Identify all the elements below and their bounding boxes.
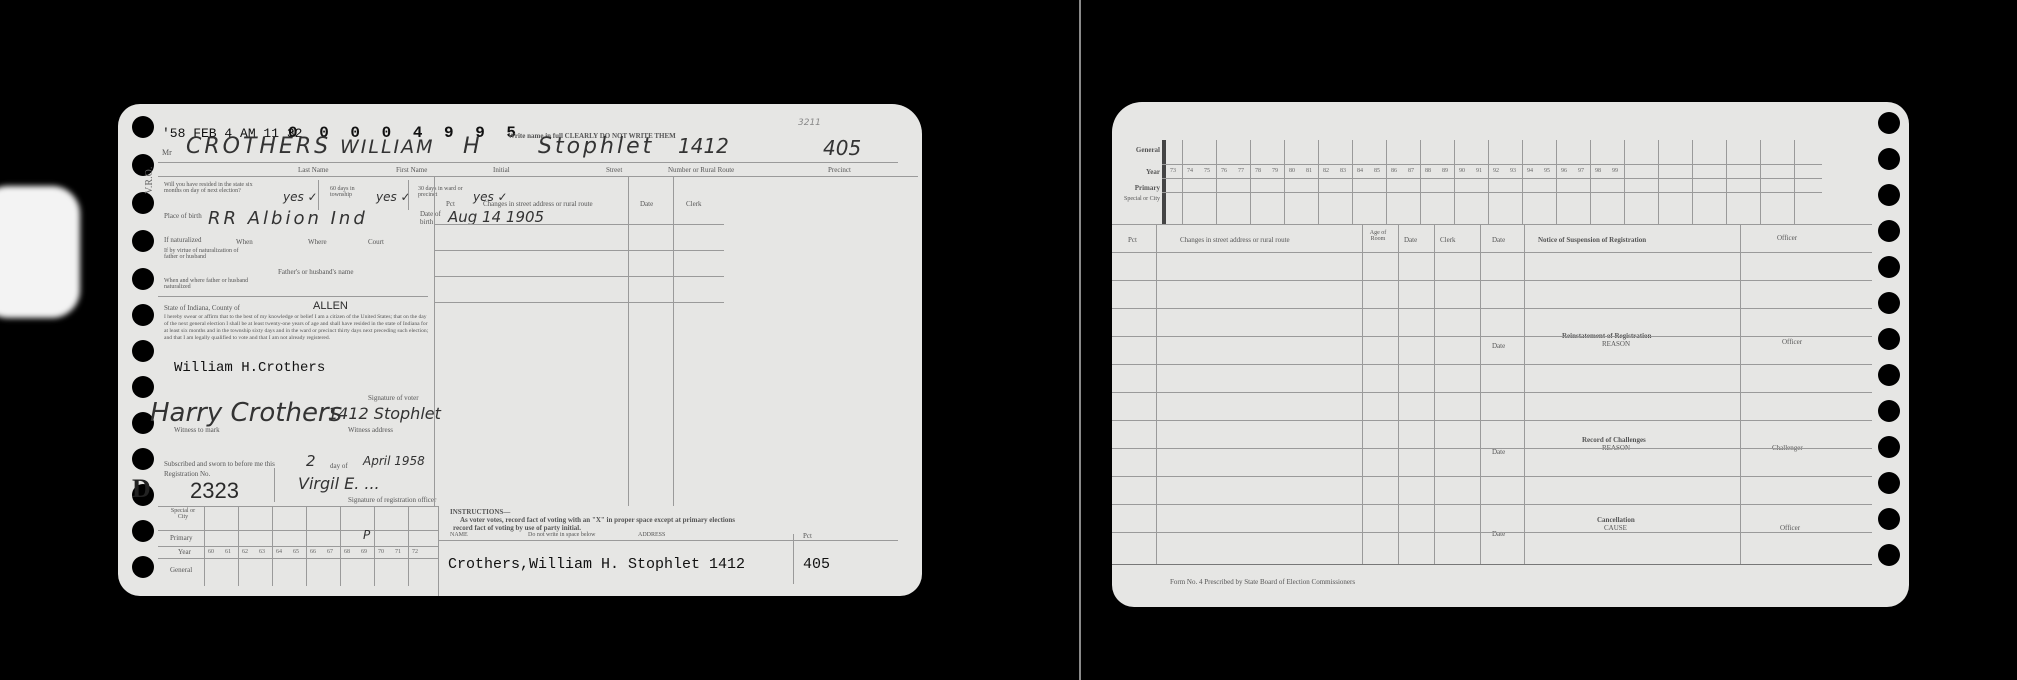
instructions-text-2: record fact of voting by use of party in… [453, 524, 581, 532]
label-father-naturalization: If by virtue of naturalization of father… [164, 248, 249, 260]
officer-signature: Virgil E. ... [298, 474, 380, 493]
punch-hole [1878, 544, 1900, 566]
blurred-film-artifact [0, 186, 80, 318]
label-where: Where [308, 238, 327, 246]
rule [1398, 224, 1399, 564]
rule [1112, 252, 1872, 253]
punch-hole [1878, 364, 1900, 386]
rule [434, 302, 724, 303]
rule [340, 506, 341, 586]
sworn-month-year: April 1958 [363, 454, 425, 468]
year-cell: 86 [1391, 168, 1397, 174]
rule [158, 558, 438, 559]
rule [1760, 140, 1761, 224]
rule [1112, 504, 1872, 505]
punch-hole [132, 268, 154, 290]
rule [434, 224, 724, 225]
label-number: Number or Rural Route [668, 166, 734, 174]
rule [1480, 224, 1481, 564]
col-no-write: Do not write in space below [528, 532, 595, 538]
initial-value: H [463, 134, 480, 159]
rule [434, 176, 435, 506]
punch-hole [132, 520, 154, 542]
primary-party-mark: P [363, 528, 370, 542]
punch-hole [1878, 328, 1900, 350]
label-voter-signature: Signature of voter [368, 394, 419, 402]
rule [1162, 164, 1822, 165]
year-cell: 70 [378, 549, 384, 555]
year-cell: 81 [1306, 168, 1312, 174]
title-prefix: Mr [162, 148, 172, 157]
suspension-date-label: Date [1492, 236, 1505, 244]
punch-hole [1878, 292, 1900, 314]
rule [158, 506, 438, 507]
year-cell: 75 [1204, 168, 1210, 174]
label-subscribed: Subscribed and sworn to before me this [164, 460, 275, 468]
rule [1522, 140, 1523, 224]
rule [1112, 336, 1872, 337]
rule [1386, 140, 1387, 224]
cancellation-officer-label: Officer [1780, 524, 1800, 532]
year-cell: 76 [1221, 168, 1227, 174]
rule [238, 506, 239, 586]
rule [408, 506, 409, 586]
year-cell: 98 [1595, 168, 1601, 174]
label-witness-mark: Witness to mark [174, 426, 220, 434]
year-cell: 88 [1425, 168, 1431, 174]
label-when: When [236, 238, 253, 246]
punch-hole [1878, 436, 1900, 458]
label-last-name: Last Name [298, 166, 329, 174]
rule [1112, 420, 1872, 421]
label-resided-township: 60 days in township [330, 186, 375, 198]
label-resided-state: Will you have resided in the state six m… [164, 182, 264, 194]
rule [1624, 140, 1625, 224]
rule [1434, 224, 1435, 564]
rule [1112, 564, 1872, 565]
label-court: Court [368, 238, 384, 246]
form-footer: Form No. 4 Prescribed by State Board of … [1170, 578, 1355, 586]
year-cell: 91 [1476, 168, 1482, 174]
year-cell: 97 [1578, 168, 1584, 174]
rule [1556, 140, 1557, 224]
year-cell: 71 [395, 549, 401, 555]
punch-hole [132, 376, 154, 398]
year-cell: 61 [225, 549, 231, 555]
label-registration-no: Registration No. [164, 470, 210, 478]
label-state-county: State of Indiana, County of [164, 304, 240, 312]
rule [1726, 140, 1727, 224]
rule [628, 176, 629, 506]
rule [158, 162, 898, 163]
punch-hole [1878, 148, 1900, 170]
row-label-year: Year [178, 548, 191, 556]
punch-hole [1878, 112, 1900, 134]
cancellation-title: Cancellation [1597, 516, 1635, 524]
challenges-date-label: Date [1492, 448, 1505, 456]
changes-col-pct: Pct [1128, 236, 1137, 244]
row-label-general: General [170, 566, 192, 574]
year-cell: 73 [1170, 168, 1176, 174]
year-cell: 99 [1612, 168, 1618, 174]
rule [1112, 308, 1872, 309]
precinct-value: 405 [823, 136, 861, 160]
year-cell: 83 [1340, 168, 1346, 174]
punch-hole [132, 192, 154, 214]
changes-col-address: Changes in street address or rural route [483, 200, 593, 208]
year-cell: 85 [1374, 168, 1380, 174]
rule [272, 506, 273, 586]
typed-voter-name: William H.Crothers [174, 360, 325, 376]
rule [408, 180, 409, 210]
rule [1420, 140, 1421, 224]
year-cell: 90 [1459, 168, 1465, 174]
oath-text: I hereby swear or affirm that to the bes… [164, 314, 432, 342]
year-cell: 79 [1272, 168, 1278, 174]
rule [1182, 140, 1183, 224]
rule [158, 530, 438, 531]
year-cell: 89 [1442, 168, 1448, 174]
changes-col-age: Age of Room [1366, 230, 1390, 242]
rule [1352, 140, 1353, 224]
label-resided-precinct: 30 days in ward or precinct [418, 186, 473, 198]
year-cell: 64 [276, 549, 282, 555]
birth-place-value: RR Albion Ind [208, 208, 368, 229]
witness-address-value: 1412 Stophlet [328, 404, 441, 423]
label-father-name: Father's or husband's name [278, 268, 353, 276]
vro-stamp: V.R.O. [144, 167, 155, 194]
year-cell: 84 [1357, 168, 1363, 174]
year-cell: 66 [310, 549, 316, 555]
year-cell: 82 [1323, 168, 1329, 174]
reinstatement-officer-label: Officer [1782, 338, 1802, 346]
year-cell: 62 [242, 549, 248, 555]
year-cell: 77 [1238, 168, 1244, 174]
rule [434, 250, 724, 251]
row-label-primary: Primary [170, 534, 193, 542]
col-address: ADDRESS [638, 532, 665, 538]
grid-label-primary: Primary [1120, 184, 1160, 192]
col-pct: Pct [803, 532, 812, 540]
challenges-title: Record of Challenges [1582, 436, 1646, 444]
punch-hole [132, 304, 154, 326]
rule [1216, 140, 1217, 224]
last-name-value: CROTHERS [186, 134, 331, 159]
registration-card-front: '58 FEB 4 AM 11 32 0 0 0 0 4 9 9 5 Write… [118, 104, 922, 596]
year-cell: 67 [327, 549, 333, 555]
rule [1112, 476, 1872, 477]
rule [793, 534, 794, 584]
rule [318, 180, 319, 210]
year-cell: 92 [1493, 168, 1499, 174]
instructions-text-1: As voter votes, record fact of voting wi… [460, 516, 735, 524]
label-officer-signature: Signature of registration officer [348, 496, 436, 504]
rule [1162, 178, 1822, 179]
row-label-special: Special or City [168, 508, 198, 520]
rule [158, 296, 428, 297]
registration-number: 2323 [190, 478, 239, 504]
county-value: ALLEN [313, 300, 348, 312]
year-cell: 78 [1255, 168, 1261, 174]
label-day-of: day of [330, 462, 348, 470]
suspension-title: Notice of Suspension of Registration [1538, 236, 1646, 244]
rule [438, 506, 439, 596]
house-number-value: 1412 [678, 134, 729, 158]
year-cell: 95 [1544, 168, 1550, 174]
cancellation-cause: CAUSE [1604, 524, 1627, 532]
year-cell: 96 [1561, 168, 1567, 174]
rule [1162, 192, 1822, 193]
year-cell: 94 [1527, 168, 1533, 174]
rule [1692, 140, 1693, 224]
changes-col-address: Changes in street address or rural route [1180, 236, 1290, 244]
year-cell: 65 [293, 549, 299, 555]
label-witness-address: Witness address [348, 426, 393, 434]
registration-card-back: General Year Primary Special or City 73 … [1112, 102, 1909, 607]
changes-col-date: Date [640, 200, 653, 208]
label-precinct: Precinct [828, 166, 851, 174]
label-naturalized: If naturalized [164, 236, 202, 244]
frame-divider [1079, 0, 1081, 680]
punch-hole [1878, 220, 1900, 242]
label-birth-place: Place of birth [164, 212, 204, 220]
rule [1740, 224, 1741, 564]
punch-hole [132, 340, 154, 362]
rule [274, 468, 275, 502]
year-cell: 68 [344, 549, 350, 555]
resided-township-answer: yes ✓ [376, 190, 411, 204]
rule [438, 540, 898, 541]
rule [1112, 532, 1872, 533]
rule [434, 276, 724, 277]
grid-label-general: General [1120, 146, 1160, 154]
reinstatement-date-label: Date [1492, 342, 1505, 350]
rule [158, 546, 438, 547]
changes-col-clerk: Clerk [686, 200, 702, 208]
punch-hole [1878, 400, 1900, 422]
resided-state-answer: yes ✓ [283, 190, 318, 204]
rule [1284, 140, 1285, 224]
punch-hole [1878, 256, 1900, 278]
suspension-officer-label: Officer [1777, 234, 1797, 242]
rule [1658, 140, 1659, 224]
punch-hole [132, 230, 154, 252]
rule [1112, 392, 1872, 393]
rule [1362, 224, 1363, 564]
punch-hole [1878, 508, 1900, 530]
rule [1156, 224, 1157, 564]
instructions-title: INSTRUCTIONS— [450, 508, 510, 516]
corner-note: 3211 [798, 118, 821, 128]
punch-hole [132, 448, 154, 470]
year-cell: 60 [208, 549, 214, 555]
rule [1590, 140, 1591, 224]
rule [374, 506, 375, 586]
year-cell: 80 [1289, 168, 1295, 174]
street-value: Stophlet [538, 134, 654, 159]
label-when-where-naturalized: When and where father or husband natural… [164, 278, 249, 290]
punch-hole [132, 556, 154, 578]
year-cell: 93 [1510, 168, 1516, 174]
rule [1454, 140, 1455, 224]
punch-hole [1878, 184, 1900, 206]
year-cell: 72 [412, 549, 418, 555]
punch-hole [1878, 472, 1900, 494]
rule [1112, 224, 1872, 225]
rule [1112, 364, 1872, 365]
district-letter: D [132, 474, 151, 504]
index-precinct: 405 [803, 556, 830, 573]
rule [1250, 140, 1251, 224]
col-name: NAME [450, 532, 468, 538]
label-first-name: First Name [396, 166, 427, 174]
changes-col-pct: Pct [446, 200, 455, 208]
rule [204, 506, 205, 586]
grid-label-special: Special or City [1120, 196, 1160, 202]
label-initial: Initial [493, 166, 510, 174]
rule [1794, 140, 1795, 224]
first-name-value: WILLIAM [340, 136, 435, 158]
grid-bold-rule [1162, 140, 1166, 224]
witness-signature: Harry Crothers [150, 398, 342, 428]
changes-col-clerk: Clerk [1440, 236, 1456, 244]
rule [158, 176, 918, 177]
year-cell: 74 [1187, 168, 1193, 174]
index-typed-line: Crothers,William H. Stophlet 1412 [448, 556, 745, 573]
year-cell: 63 [259, 549, 265, 555]
grid-label-year: Year [1120, 168, 1160, 176]
label-street: Street [606, 166, 622, 174]
rule [1112, 448, 1872, 449]
year-cell: 69 [361, 549, 367, 555]
rule [1318, 140, 1319, 224]
rule [306, 506, 307, 586]
reinstatement-reason: REASON [1602, 340, 1630, 348]
rule [1488, 140, 1489, 224]
changes-col-date: Date [1404, 236, 1417, 244]
sworn-day-value: 2 [306, 452, 316, 470]
year-cell: 87 [1408, 168, 1414, 174]
rule [1524, 224, 1525, 564]
rule [1112, 280, 1872, 281]
punch-hole [132, 116, 154, 138]
rule [673, 176, 674, 506]
